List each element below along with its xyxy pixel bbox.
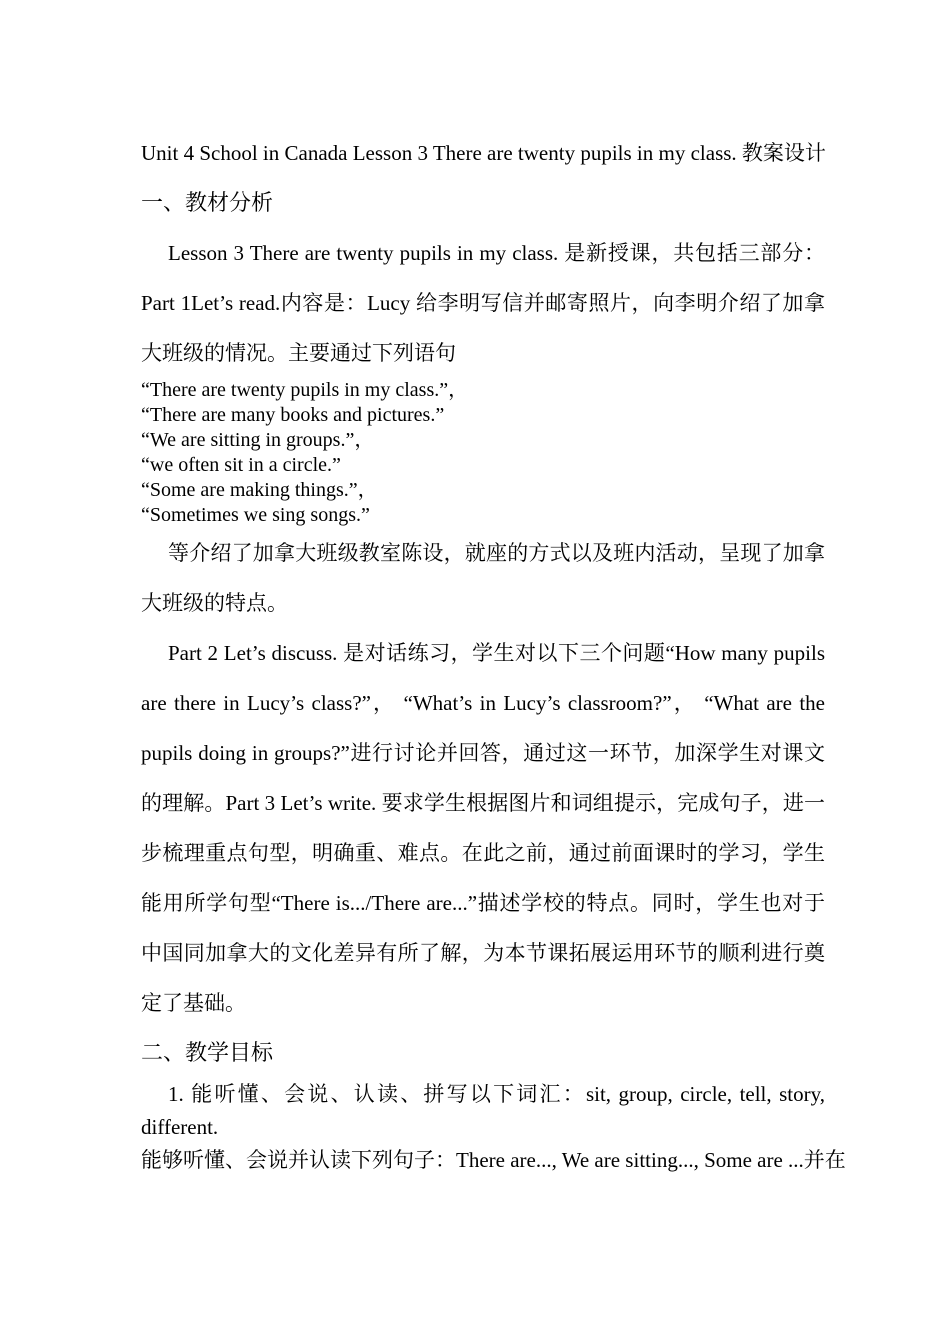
example-sentence-6: “Sometimes we sing songs.”: [141, 503, 825, 528]
objective-2-paragraph: 能够听懂、会说并认读下列句子：There are..., We are sitt…: [141, 1144, 825, 1177]
document-title: Unit 4 School in Canada Lesson 3 There a…: [141, 128, 825, 178]
document-page: Unit 4 School in Canada Lesson 3 There a…: [0, 0, 950, 1344]
example-sentence-5: “Some are making things.”，: [141, 478, 825, 503]
document-content: Unit 4 School in Canada Lesson 3 There a…: [141, 0, 825, 1177]
example-sentence-2: “There are many books and pictures.”: [141, 403, 825, 428]
section-1-intro-paragraph: Lesson 3 There are twenty pupils in my c…: [141, 228, 825, 378]
example-sentence-4: “we often sit in a circle.”: [141, 453, 825, 478]
objective-1-paragraph: 1. 能听懂、会说、认读、拼写以下词汇：sit, group, circle, …: [141, 1078, 825, 1144]
section-1-heading: 一、教材分析: [141, 178, 825, 228]
example-sentence-3: “We are sitting in groups.”，: [141, 428, 825, 453]
example-sentence-1: “There are twenty pupils in my class.”，: [141, 378, 825, 403]
section-2-heading: 二、教学目标: [141, 1028, 825, 1078]
section-1-parts-2-3-paragraph: Part 2 Let’s discuss. 是对话练习，学生对以下三个问题“Ho…: [141, 628, 825, 1028]
section-1-summary-paragraph: 等介绍了加拿大班级教室陈设，就座的方式以及班内活动，呈现了加拿大班级的特点。: [141, 528, 825, 628]
